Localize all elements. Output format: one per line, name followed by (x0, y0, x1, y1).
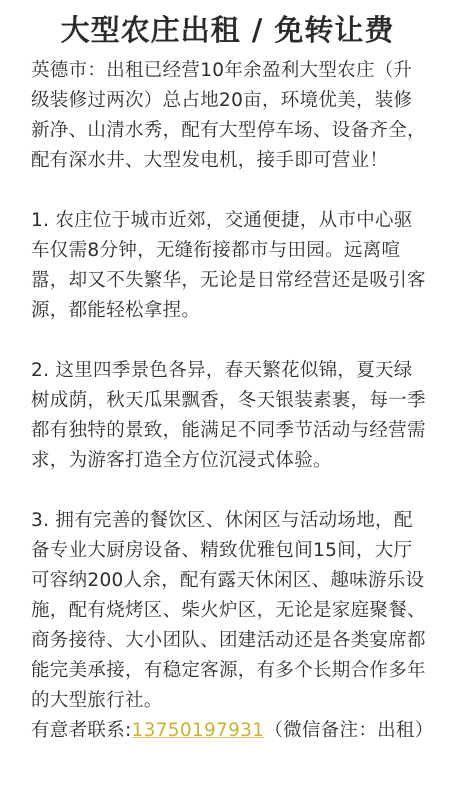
spacer (31, 476, 455, 506)
listing-page: 大型农庄出租 / 免转让费 英德市：出租已经营10年余盈利大型农庄（升级装修过两… (0, 0, 455, 746)
point-3-paragraph: 3. 拥有完善的餐饮区、休闲区与活动场地，配备专业大厨房设备、精致优雅包间15间… (31, 506, 431, 716)
contact-label: 有意者联系: (31, 720, 132, 741)
phone-number-link[interactable]: 13750197931 (132, 720, 265, 741)
spacer (31, 176, 455, 206)
point-1-paragraph: 1. 农庄位于城市近郊，交通便捷，从市中心驱车仅需8分钟，无缝衔接都市与田园。远… (31, 206, 431, 326)
point-2-paragraph: 2. 这里四季景色各异，春天繁花似锦，夏天绿树成荫，秋天瓜果飘香，冬天银装素裹，… (31, 356, 431, 476)
intro-paragraph: 英德市：出租已经营10年余盈利大型农庄（升级装修过两次）总占地20亩，环境优美，… (31, 56, 431, 176)
contact-line: 有意者联系:13750197931（微信备注：出租） (31, 716, 455, 746)
contact-note: （微信备注：出租） (264, 720, 433, 741)
spacer (31, 326, 455, 356)
page-title: 大型农庄出租 / 免转让费 (0, 0, 455, 50)
